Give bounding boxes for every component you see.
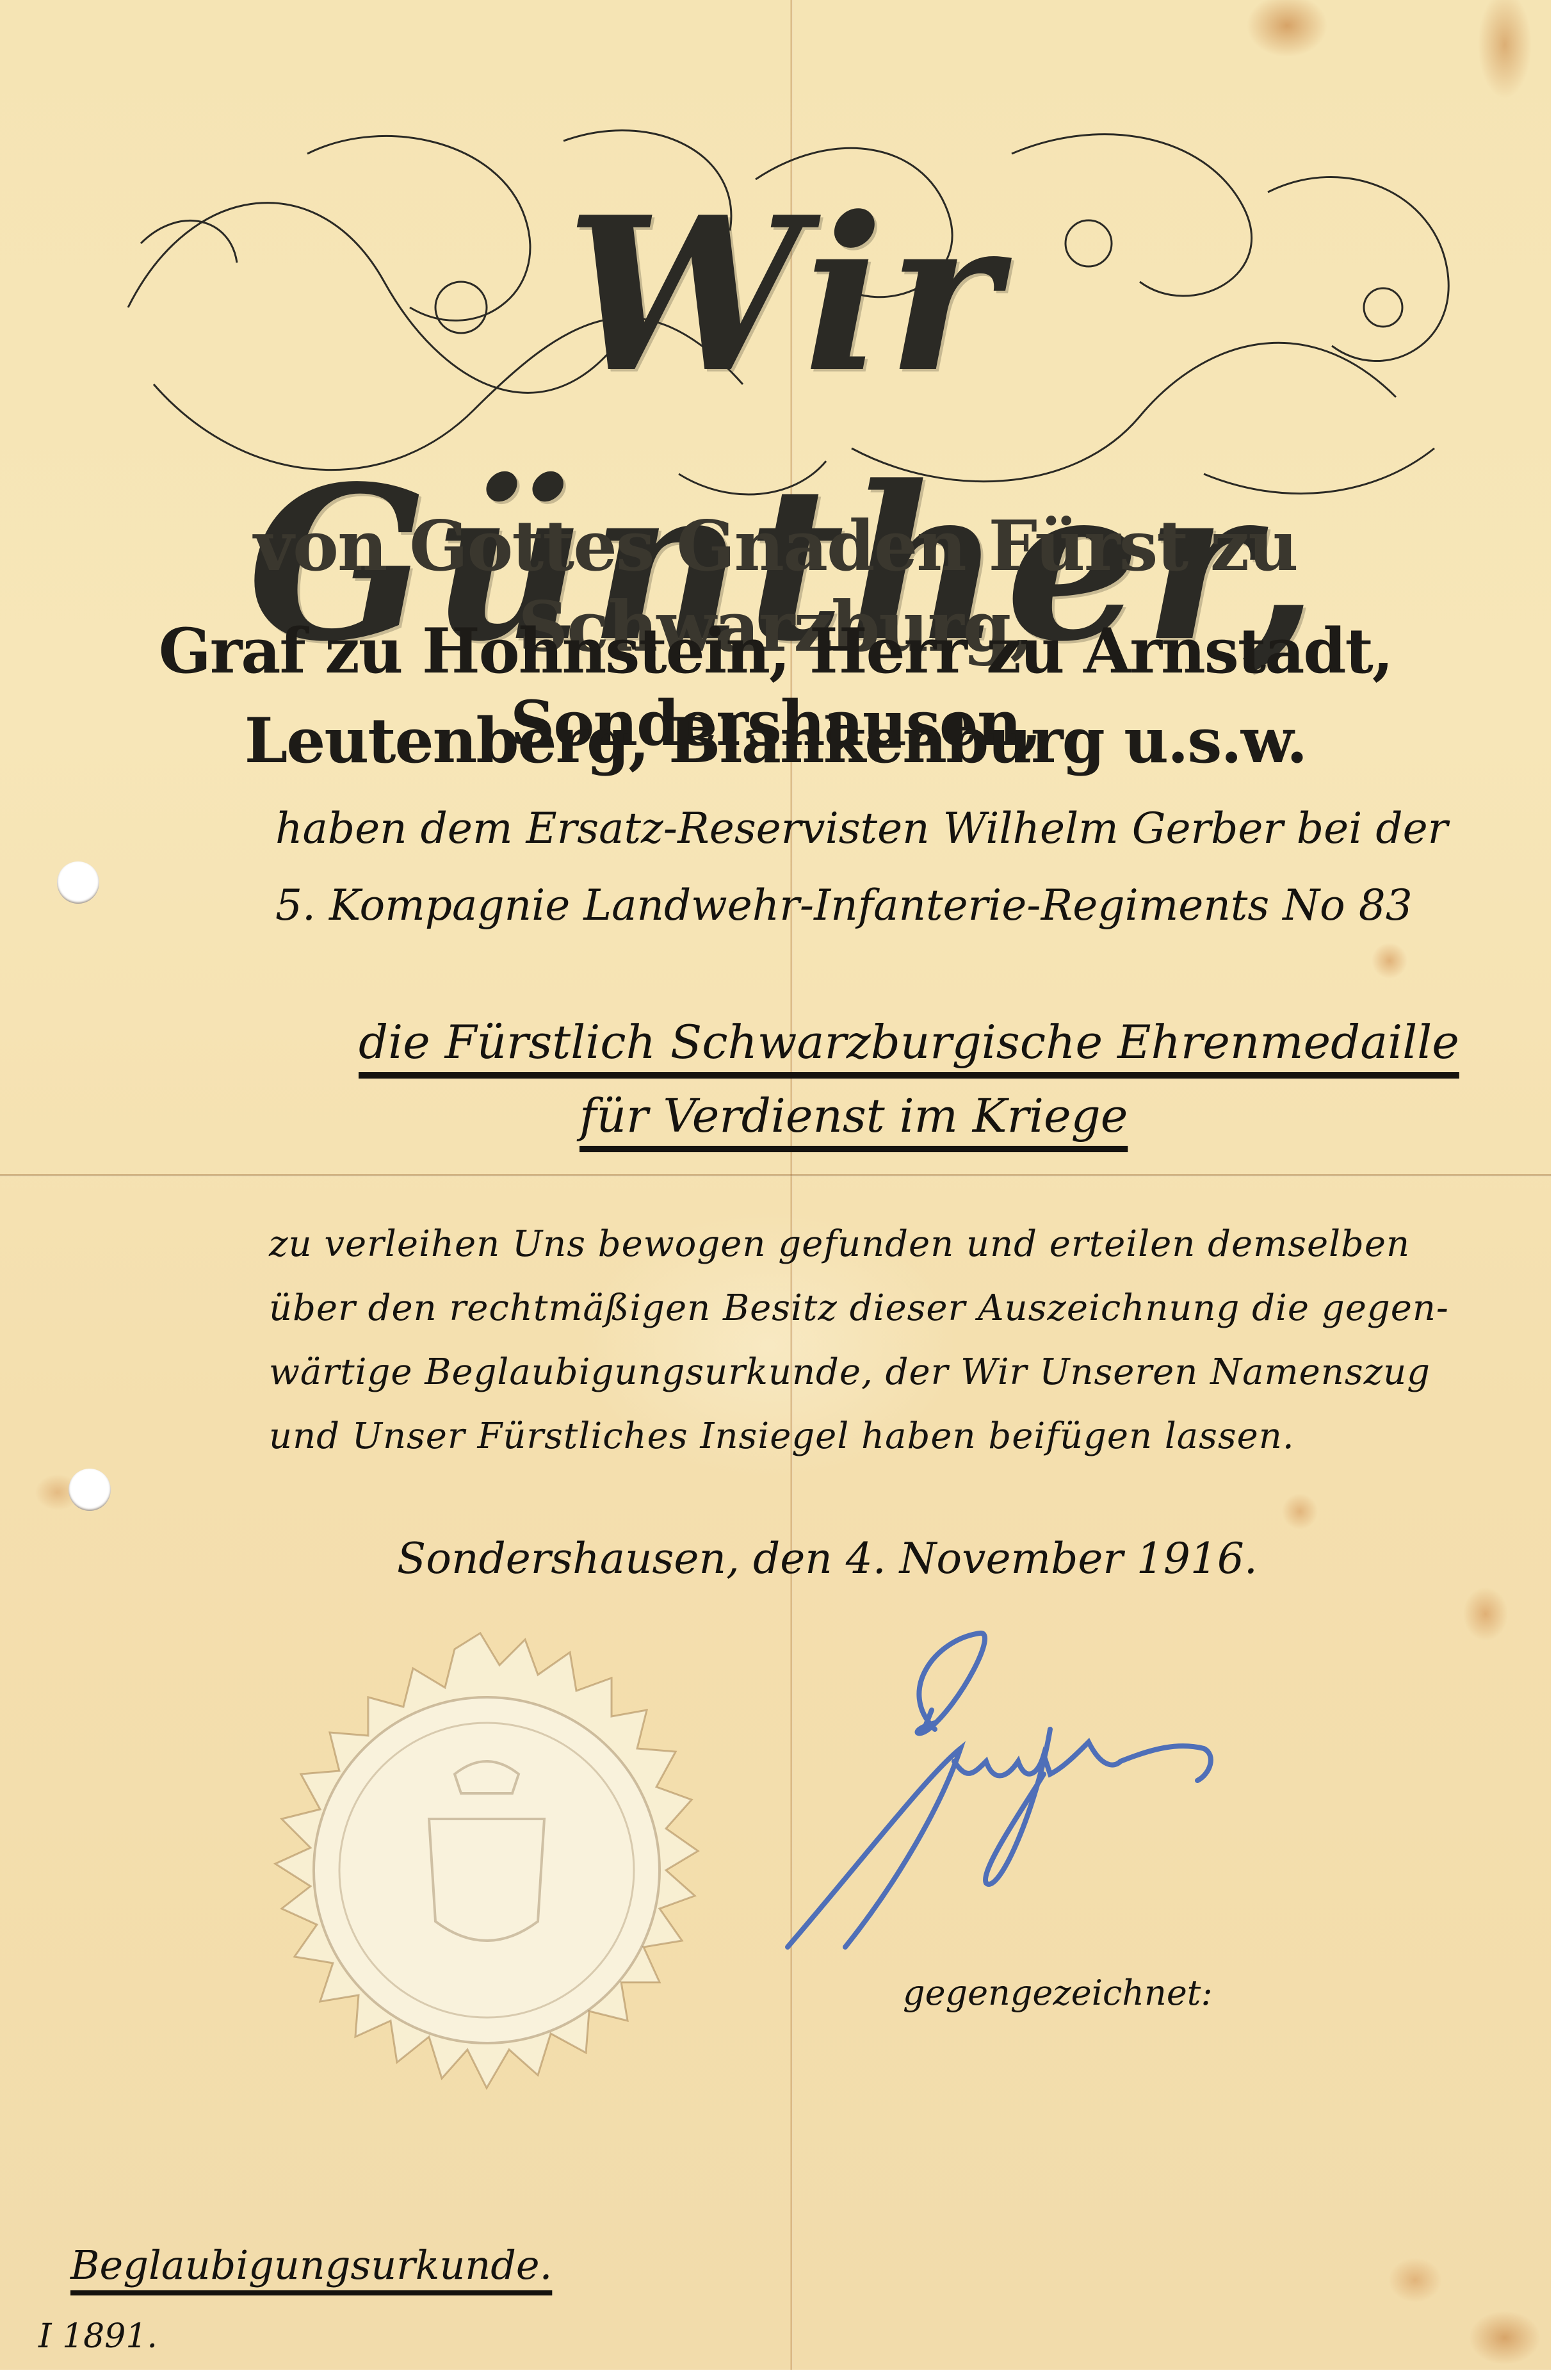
signature-guenther <box>768 1614 1345 1973</box>
reference-number: I 1891. <box>38 2317 158 2356</box>
body-line-4: und Unser Fürstliches Insiegel haben bei… <box>269 1415 1295 1457</box>
horizontal-fold-crease <box>0 1174 1551 1177</box>
embossed-seal <box>237 1627 724 2114</box>
footer-document-type: Beglaubigungsurkunde. <box>70 2242 552 2288</box>
punch-hole-lower <box>69 1469 111 1511</box>
recipient-line-2: 5. Kompagnie Landwehr-Infanterie-Regimen… <box>275 881 1413 930</box>
countersigned-label: gegengezeichnet: <box>903 1973 1213 2013</box>
body-line-3: wärtige Beglaubigungsurkunde, der Wir Un… <box>269 1351 1430 1393</box>
recipient-line-1: haben dem Ersatz-Reservisten Wilhelm Ger… <box>275 804 1448 853</box>
place-and-date: Sondershausen, den 4. November 1916. <box>397 1534 1258 1583</box>
body-line-2: über den rechtmäßigen Besitz dieser Ausz… <box>269 1287 1449 1329</box>
award-subtitle: für Verdienst im Kriege <box>579 1089 1128 1143</box>
heading-line-domains-cont: Leutenberg, Blankenburg u.s.w. <box>0 705 1551 777</box>
award-name: die Fürstlich Schwarzburgische Ehrenmeda… <box>359 1015 1459 1069</box>
body-line-1: zu verleihen Uns bewogen gefunden und er… <box>269 1223 1410 1265</box>
punch-hole-upper <box>57 861 99 904</box>
